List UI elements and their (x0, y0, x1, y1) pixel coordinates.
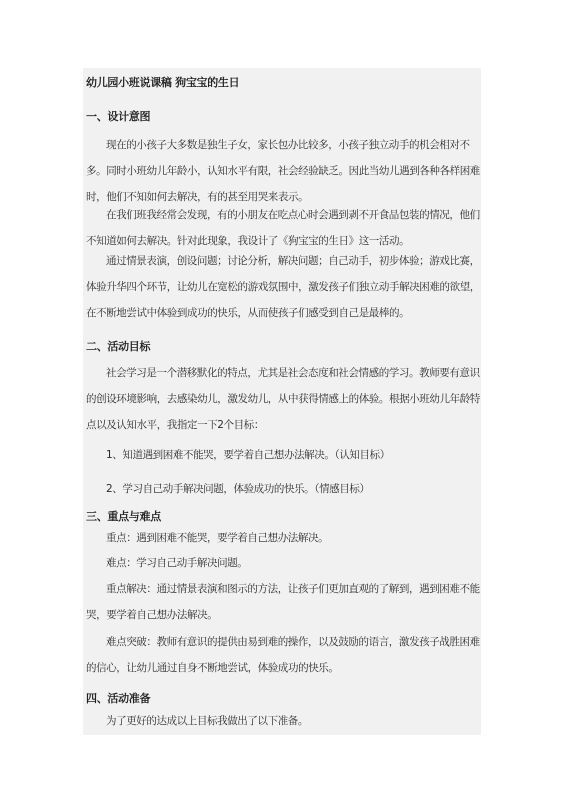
section-heading-preparation: 四、活动准备 (86, 692, 150, 706)
document-title: 幼儿园小班说课稿 狗宝宝的生日 (86, 76, 239, 90)
paragraph: 重点解决：通过情景表演和图示的方法，让孩子们更加直观的了解到，遇到困难不能哭，要… (86, 576, 481, 628)
section-heading-design-intent: 一、设计意图 (86, 110, 150, 124)
paragraph: 现在的小孩子大多数是独生子女，家长包办比较多，小孩子独立动手的机会相对不多。同时… (86, 132, 481, 210)
paragraph: 在我们班我经常会发现，有的小朋友在吃点心时会遇到剥不开食品包装的情况，他们不知道… (86, 202, 481, 254)
paragraph: 难点：学习自己动手解决问题。 (86, 550, 481, 576)
paragraph: 重点：遇到困难不能哭，要学着自己想办法解决。 (86, 525, 481, 551)
paragraph: 难点突破：教师有意识的提供由易到难的操作，以及鼓励的语言，激发孩子战胜困难的信心… (86, 629, 481, 681)
document-page: 幼儿园小班说课稿 狗宝宝的生日 一、设计意图 现在的小孩子大多数是独生子女，家长… (83, 68, 481, 735)
paragraph: 通过情景表演，创设问题；讨论分析，解决问题；自己动手，初步体验；游戏比赛，体验升… (86, 248, 481, 326)
goal-item: 2、学习自己动手解决问题，体验成功的快乐。（情感目标） (106, 482, 370, 496)
section-heading-activity-goals: 二、活动目标 (86, 340, 150, 354)
paragraph: 为了更好的达成以上目标我做出了以下准备。 (86, 708, 481, 734)
section-heading-key-points: 三、重点与难点 (86, 510, 161, 524)
goal-item: 1、知道遇到困难不能哭，要学着自己想办法解决。（认知目标） (106, 448, 390, 462)
paragraph: 社会学习是一个潜移默化的特点，尤其是社会态度和社会情感的学习。教师要有意识的创设… (86, 360, 481, 438)
